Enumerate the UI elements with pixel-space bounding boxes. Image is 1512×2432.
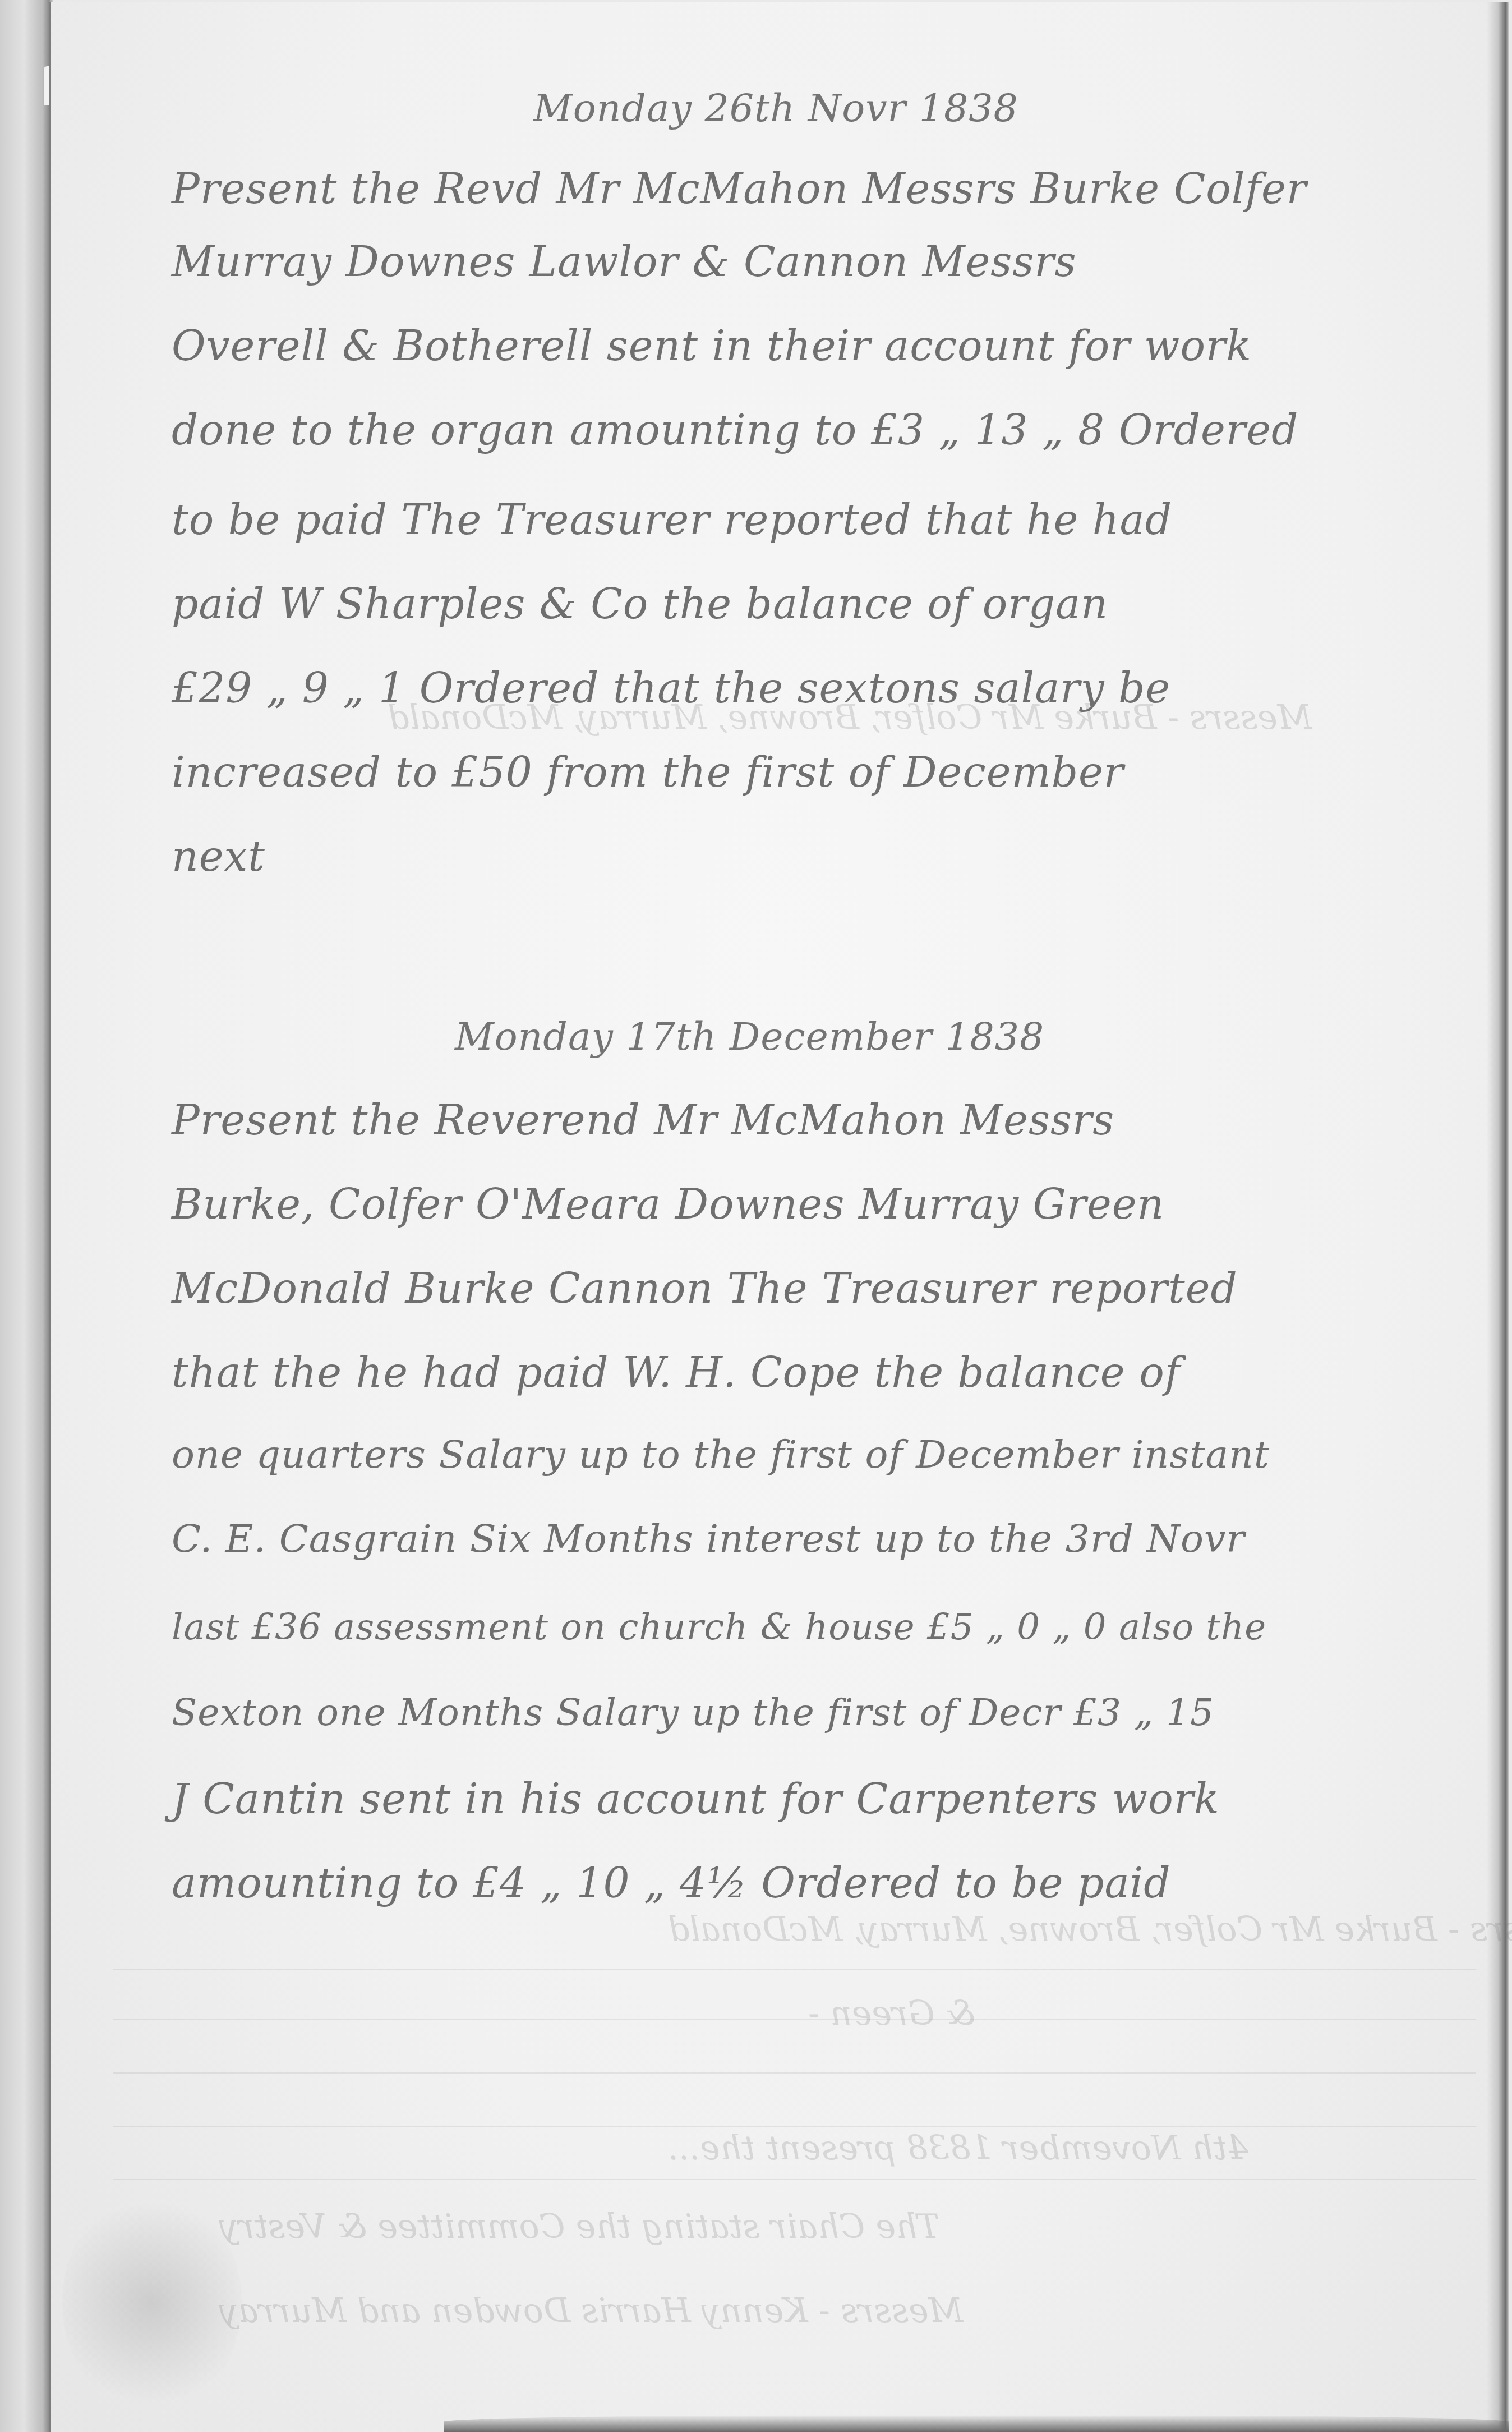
entry-line: Present the Reverend Mr McMahon Messrs [172, 1096, 1114, 1144]
entry-line: increased to £50 from the first of Decem… [172, 748, 1124, 797]
entry-line: to be paid The Treasurer reported that h… [172, 496, 1172, 544]
book-binding [0, 0, 53, 2432]
bleed-through-text: The Chair stating the Committee & Vestry [219, 2207, 940, 2246]
ruled-line [113, 2072, 1476, 2074]
page-edge [1487, 2, 1509, 2432]
entry-line: amounting to £4 „ 10 „ 4½ Ordered to be … [172, 1859, 1171, 1907]
entry-line: done to the organ amounting to £3 „ 13 „… [172, 406, 1298, 454]
entry-line: paid W Sharples & Co the balance of orga… [172, 580, 1108, 628]
entry-heading: Monday 17th December 1838 [455, 1015, 1044, 1059]
ruled-line [113, 1969, 1476, 1970]
entry-line: last £36 assessment on church & house £5… [172, 1607, 1266, 1648]
bleed-through-text: Messrs - Kenny Harris Dowden and Murray [219, 2291, 963, 2330]
entry-line: Murray Downes Lawlor & Cannon Messrs [172, 238, 1077, 286]
bleed-through-text: Messrs - Burke Mr Colfer, Browne, Murray… [668, 1910, 1512, 1949]
entry-line: Sexton one Months Salary up the first of… [172, 1691, 1214, 1734]
entry-line: Present the Revd Mr McMahon Messrs Burke… [172, 165, 1307, 213]
bleed-through-text: 4th November 1838 present the... [668, 2128, 1248, 2168]
stain [62, 2190, 242, 2415]
ruled-line [113, 2126, 1476, 2127]
entry-line: McDonald Burke Cannon The Treasurer repo… [172, 1265, 1238, 1313]
entry-line: £29 „ 9 „ 1 Ordered that the sextons sal… [172, 664, 1170, 712]
entry-line: that the he had paid W. H. Cope the bala… [172, 1349, 1181, 1397]
entry-heading: Monday 26th Novr 1838 [533, 86, 1018, 131]
ruled-line [113, 2019, 1476, 2020]
entry-line: next [172, 833, 265, 881]
entry-line: C. E. Casgrain Six Months interest up to… [172, 1517, 1245, 1561]
entry-line: Burke, Colfer O'Meara Downes Murray Gree… [172, 1180, 1164, 1229]
entry-line: one quarters Salary up to the first of D… [172, 1433, 1270, 1477]
ledger-page: Messrs - Burke Mr Colfer, Browne, Murray… [49, 2, 1509, 2432]
page-bottom-shadow [444, 2415, 1509, 2432]
entry-line: Overell & Botherell sent in their accoun… [172, 322, 1252, 370]
bleed-through-text: & Green - [808, 1994, 975, 2033]
entry-line: J Cantin sent in his account for Carpent… [172, 1775, 1220, 1823]
ruled-line [113, 2179, 1476, 2180]
